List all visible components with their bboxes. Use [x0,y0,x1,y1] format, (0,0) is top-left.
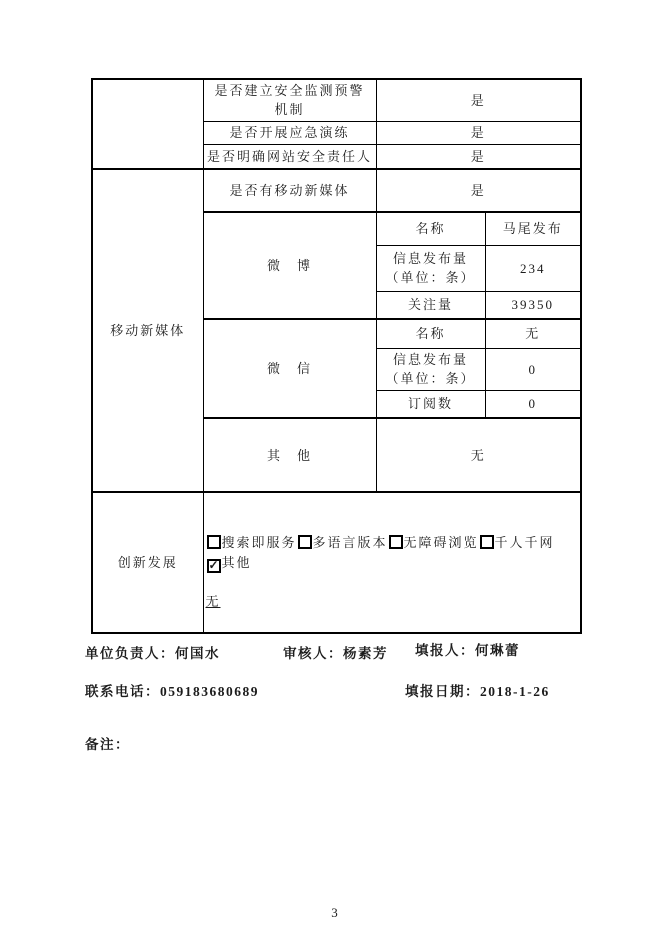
reviewer-value: 杨素芳 [343,646,388,661]
reviewer-label: 审核人： [283,646,343,661]
emergency-drill-label: 是否开展应急演练 [203,121,376,144]
checkbox-label: 搜索即服务 [222,535,297,550]
filler-field: 填报人：何琳蕾 [415,639,520,659]
innovation-content: 搜索即服务多语言版本无障碍浏览千人千网✓其他 无 [203,492,581,633]
section-cell-empty [92,79,203,169]
security-monitor-value: 是 [376,79,581,121]
date-field: 填报日期：2018-1-26 [405,680,550,700]
security-officer-value: 是 [376,144,581,169]
filler-value: 何琳蕾 [475,643,520,658]
checkbox-label: 千人千网 [495,535,555,550]
remarks-label: 备注： [85,733,130,753]
other-media-label: 其 他 [203,418,376,492]
wechat-name-label: 名称 [376,319,485,348]
checkbox-accessibility[interactable]: 无障碍浏览 [388,535,479,550]
remarks-row: 备注： [0,733,669,751]
wechat-subs-value: 0 [485,390,581,418]
checkbox-multilingual[interactable]: 多语言版本 [297,535,388,550]
unit-head-field: 单位负责人：何国水 [85,642,220,662]
footer-line-2: 联系电话：059183680689 填报日期：2018-1-26 [0,680,669,698]
phone-value: 059183680689 [160,684,259,699]
date-value: 2018-1-26 [480,684,550,699]
section-cell-innovation: 创新发展 [92,492,203,633]
checkbox-icon [389,535,403,549]
weibo-name-label: 名称 [376,212,485,245]
has-mobile-media-label: 是否有移动新媒体 [203,169,376,212]
has-mobile-media-value: 是 [376,169,581,212]
unit-head-value: 何国水 [175,646,220,661]
checkbox-label: 无障碍浏览 [404,535,479,550]
checkbox-icon [207,535,221,549]
checkbox-personalized[interactable]: 千人千网 [479,535,555,550]
emergency-drill-value: 是 [376,121,581,144]
checkbox-checked-icon: ✓ [207,559,221,573]
reviewer-field: 审核人：杨素芳 [283,642,388,662]
security-officer-label: 是否明确网站安全责任人 [203,144,376,169]
phone-field: 联系电话：059183680689 [85,680,259,700]
weibo-name-value: 马尾发布 [485,212,581,245]
page-number: 3 [0,905,669,921]
footer-line-1: 单位负责人：何国水 审核人：杨素芳 填报人：何琳蕾 [0,642,669,660]
document-page: 是否建立安全监测预警 机制 是 是否开展应急演练 是 是否明确网站安全责任人 是… [0,0,669,947]
innovation-options-line: 搜索即服务多语言版本无障碍浏览千人千网✓其他 [206,513,579,573]
other-media-value: 无 [376,418,581,492]
section-cell-mobile-media: 移动新媒体 [92,169,203,492]
checkbox-icon [298,535,312,549]
checkbox-icon [480,535,494,549]
wechat-posts-label: 信息发布量 （单位：条） [376,348,485,390]
filler-label: 填报人： [415,643,475,658]
phone-label: 联系电话： [85,684,160,699]
weibo-followers-label: 关注量 [376,291,485,319]
checkbox-label: 多语言版本 [313,535,388,550]
weibo-posts-label: 信息发布量 （单位：条） [376,245,485,291]
date-label: 填报日期： [405,684,480,699]
innovation-extra-value: 无 [206,594,221,609]
unit-head-label: 单位负责人： [85,646,175,661]
checkbox-other[interactable]: ✓其他 [206,555,252,570]
weibo-cell: 微 博 [203,212,376,319]
checkbox-search-as-service[interactable]: 搜索即服务 [206,535,297,550]
checkbox-label: 其他 [222,555,252,570]
weibo-followers-value: 39350 [485,291,581,319]
wechat-cell: 微 信 [203,319,376,418]
weibo-posts-value: 234 [485,245,581,291]
wechat-posts-value: 0 [485,348,581,390]
security-monitor-label: 是否建立安全监测预警 机制 [203,79,376,121]
wechat-subs-label: 订阅数 [376,390,485,418]
report-table: 是否建立安全监测预警 机制 是 是否开展应急演练 是 是否明确网站安全责任人 是… [91,78,582,634]
wechat-name-value: 无 [485,319,581,348]
